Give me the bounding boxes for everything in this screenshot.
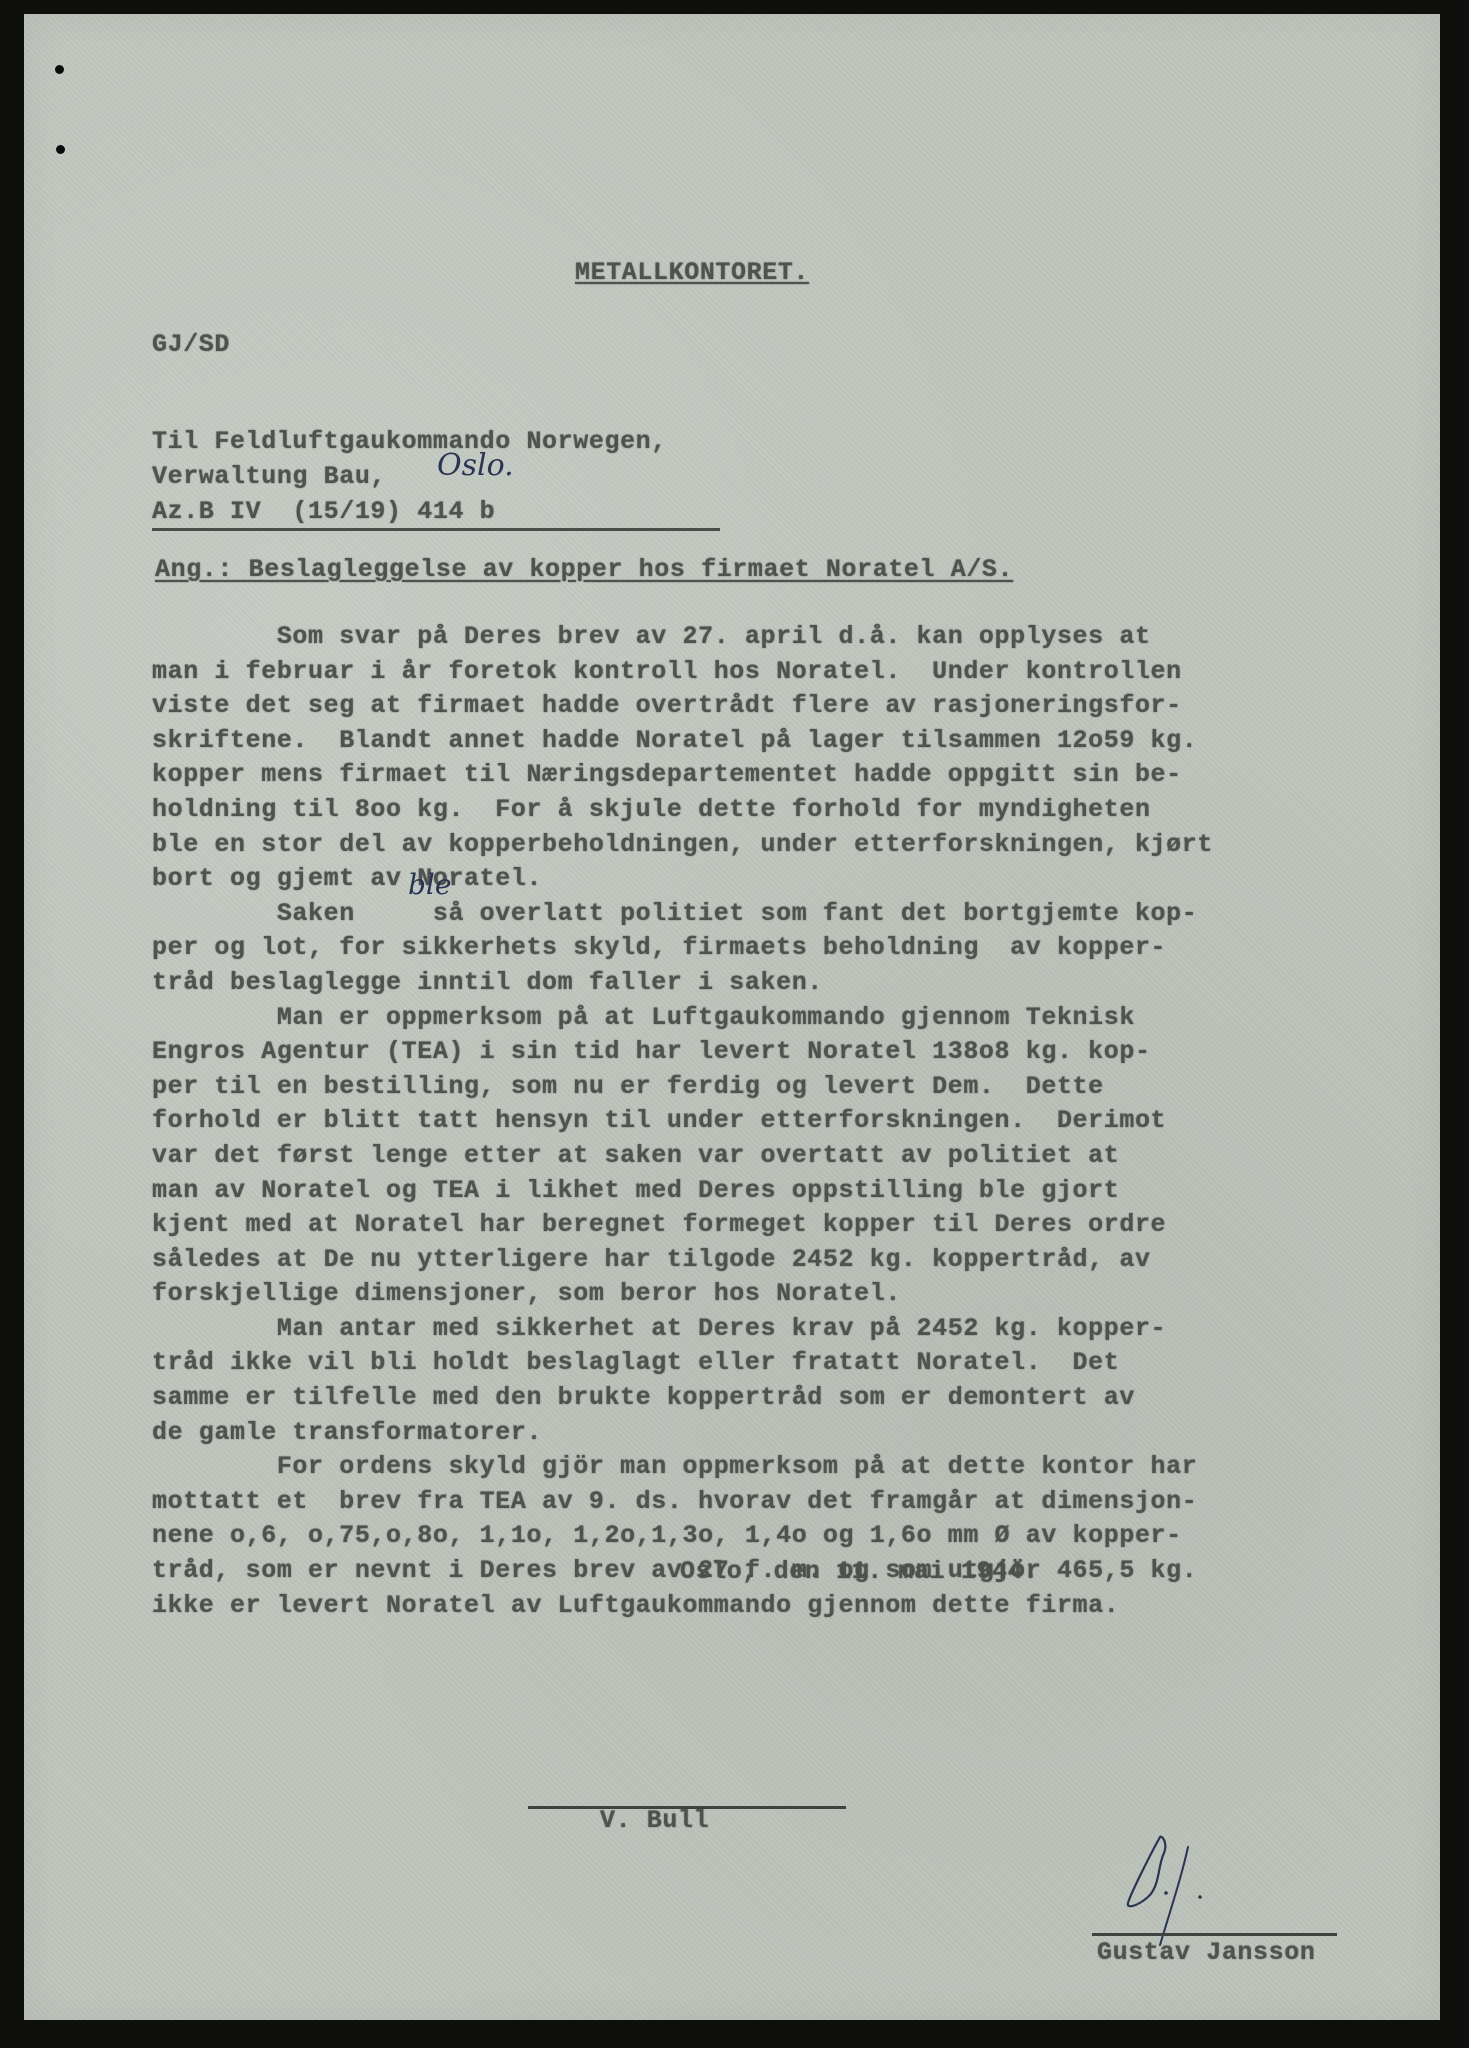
body-line: Man er oppmerksom på at Luftgaukommando … xyxy=(152,1001,1332,1036)
date-line: Oslo, den 11. mai 1944. xyxy=(680,1557,1039,1586)
recipient-line-3: Az.B IV (15/19) 414 b xyxy=(152,497,495,526)
signatory-name-bull: V. Bull xyxy=(600,1806,709,1835)
recipient-line-2: Verwaltung Bau, xyxy=(152,462,386,491)
body-line: per og lot, for sikkerhets skyld, firmae… xyxy=(152,931,1332,966)
body-line: Engros Agentur (TEA) i sin tid har lever… xyxy=(152,1035,1332,1070)
signatory-name-jansson: Gustav Jansson xyxy=(1097,1938,1315,1967)
handwritten-oslo: Oslo. xyxy=(437,448,514,483)
body-line: kjent med at Noratel har beregnet formeg… xyxy=(152,1208,1332,1243)
body-line: nene o,6, o,75,o,8o, 1,1o, 1,2o,1,3o, 1,… xyxy=(152,1519,1332,1554)
body-line: ikke er levert Noratel av Luftgaukommand… xyxy=(152,1589,1332,1624)
body-line: således at De nu ytterligere har tilgode… xyxy=(152,1243,1332,1278)
body-line: kopper mens firmaet til Næringsdeparteme… xyxy=(152,758,1332,793)
body-line: samme er tilfelle med den brukte koppert… xyxy=(152,1381,1332,1416)
body-line: For ordens skyld gjör man oppmerksom på … xyxy=(152,1450,1332,1485)
subject-line: Ang.: Beslagleggelse av kopper hos firma… xyxy=(155,555,1013,584)
body-line: man i februar i år foretok kontroll hos … xyxy=(152,655,1332,690)
body-line: skriftene. Blandt annet hadde Noratel på… xyxy=(152,724,1332,759)
body-line: var det først lenge etter at saken var o… xyxy=(152,1139,1332,1174)
letterhead-title: METALLKONTORET. xyxy=(575,258,809,287)
punch-hole-bottom xyxy=(56,145,65,154)
body-line: forskjellige dimensjoner, som beror hos … xyxy=(152,1277,1332,1312)
body-line: forhold er blitt tatt hensyn til under e… xyxy=(152,1104,1332,1139)
body-line: viste det seg at firmaet hadde overtrådt… xyxy=(152,689,1332,724)
handwritten-insert-ble: ble xyxy=(408,868,451,901)
body-line: bort og gjemt av Noratel. xyxy=(152,862,1332,897)
address-underline xyxy=(152,528,720,531)
body-line: man av Noratel og TEA i likhet med Deres… xyxy=(152,1174,1332,1209)
body-line: Som svar på Deres brev av 27. april d.å.… xyxy=(152,620,1332,655)
body-line: Man antar med sikkerhet at Deres krav på… xyxy=(152,1312,1332,1347)
body-line: holdning til 8oo kg. For å skjule dette … xyxy=(152,793,1332,828)
letter-body: Som svar på Deres brev av 27. april d.å.… xyxy=(152,620,1332,1623)
recipient-line-1: Til Feldluftgaukommando Norwegen, xyxy=(152,427,667,456)
signature-line-jansson xyxy=(1092,1933,1337,1936)
body-line: Saken så overlatt politiet som fant det … xyxy=(152,897,1332,932)
body-line: tråd beslaglegge inntil dom faller i sak… xyxy=(152,966,1332,1001)
body-line: de gamle transformatorer. xyxy=(152,1416,1332,1451)
punch-hole-top xyxy=(55,65,64,74)
body-line: mottatt et brev fra TEA av 9. ds. hvorav… xyxy=(152,1485,1332,1520)
body-line: per til en bestilling, som nu er ferdig … xyxy=(152,1070,1332,1105)
body-line: tråd ikke vil bli holdt beslaglagt eller… xyxy=(152,1346,1332,1381)
reference-code: GJ/SD xyxy=(152,330,230,359)
body-line: ble en stor del av kopperbeholdningen, u… xyxy=(152,828,1332,863)
